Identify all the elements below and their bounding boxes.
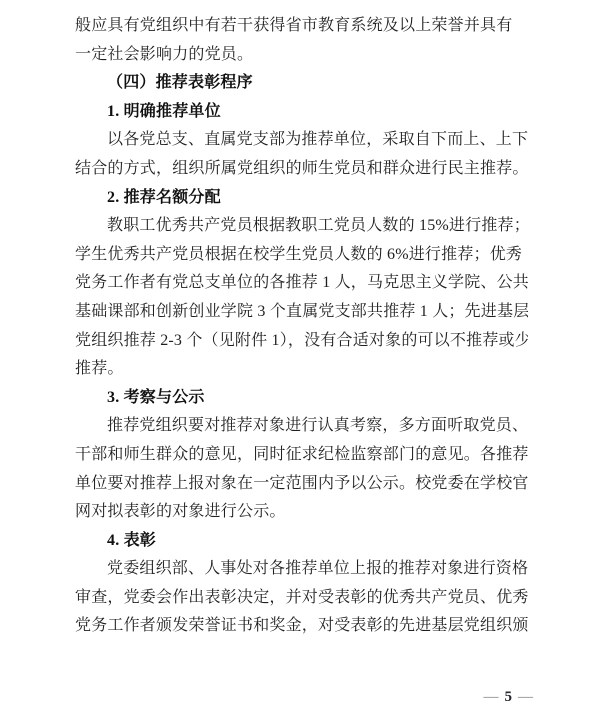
text-line: 推荐。	[75, 355, 528, 384]
text-line: 网对拟表彰的对象进行公示。	[75, 498, 528, 527]
heading-line: （四）推荐表彰程序	[75, 69, 528, 98]
document-page: 般应具有党组织中有若干获得省市教育系统及以上荣誉并具有一定社会影响力的党员。（四…	[0, 0, 600, 724]
text-line: 一定社会影响力的党员。	[75, 41, 528, 70]
text-line: 审查，党委会作出表彰决定，并对受表彰的优秀共产党员、优秀	[75, 584, 528, 613]
heading-line: 2. 推荐名额分配	[75, 184, 528, 213]
text-line: 以各党总支、直属党支部为推荐单位，采取自下而上、上下	[75, 126, 528, 155]
page-footer: —5—	[484, 688, 534, 706]
footer-dash-left: —	[484, 689, 499, 705]
text-line: 单位要对推荐上报对象在一定范围内予以公示。校党委在学校官	[75, 470, 528, 499]
text-line: 党委组织部、人事处对各推荐单位上报的推荐对象进行资格	[75, 555, 528, 584]
heading-line: 3. 考察与公示	[75, 384, 528, 413]
text-line: 推荐党组织要对推荐对象进行认真考察，多方面听取党员、	[75, 412, 528, 441]
text-line: 结合的方式，组织所属党组织的师生党员和群众进行民主推荐。	[75, 155, 528, 184]
heading-line: 1. 明确推荐单位	[75, 98, 528, 127]
page-number: 5	[505, 689, 513, 705]
text-line: 教职工优秀共产党员根据教职工党员人数的 15%进行推荐；	[75, 212, 528, 241]
text-line: 般应具有党组织中有若干获得省市教育系统及以上荣誉并具有	[75, 12, 528, 41]
text-line: 党组织推荐 2-3 个（见附件 1），没有合适对象的可以不推荐或少	[75, 327, 528, 356]
text-line: 学生优秀共产党员根据在校学生党员人数的 6%进行推荐；优秀	[75, 241, 528, 270]
text-line: 基础课部和创新创业学院 3 个直属党支部共推荐 1 人；先进基层	[75, 298, 528, 327]
text-line: 干部和师生群众的意见，同时征求纪检监察部门的意见。各推荐	[75, 441, 528, 470]
document-text-block: 般应具有党组织中有若干获得省市教育系统及以上荣誉并具有一定社会影响力的党员。（四…	[75, 12, 528, 641]
text-line: 党务工作者颁发荣誉证书和奖金，对受表彰的先进基层党组织颁	[75, 612, 528, 641]
heading-line: 4. 表彰	[75, 527, 528, 556]
footer-dash-right: —	[518, 689, 533, 705]
text-line: 党务工作者有党总支单位的各推荐 1 人，马克思主义学院、公共	[75, 269, 528, 298]
